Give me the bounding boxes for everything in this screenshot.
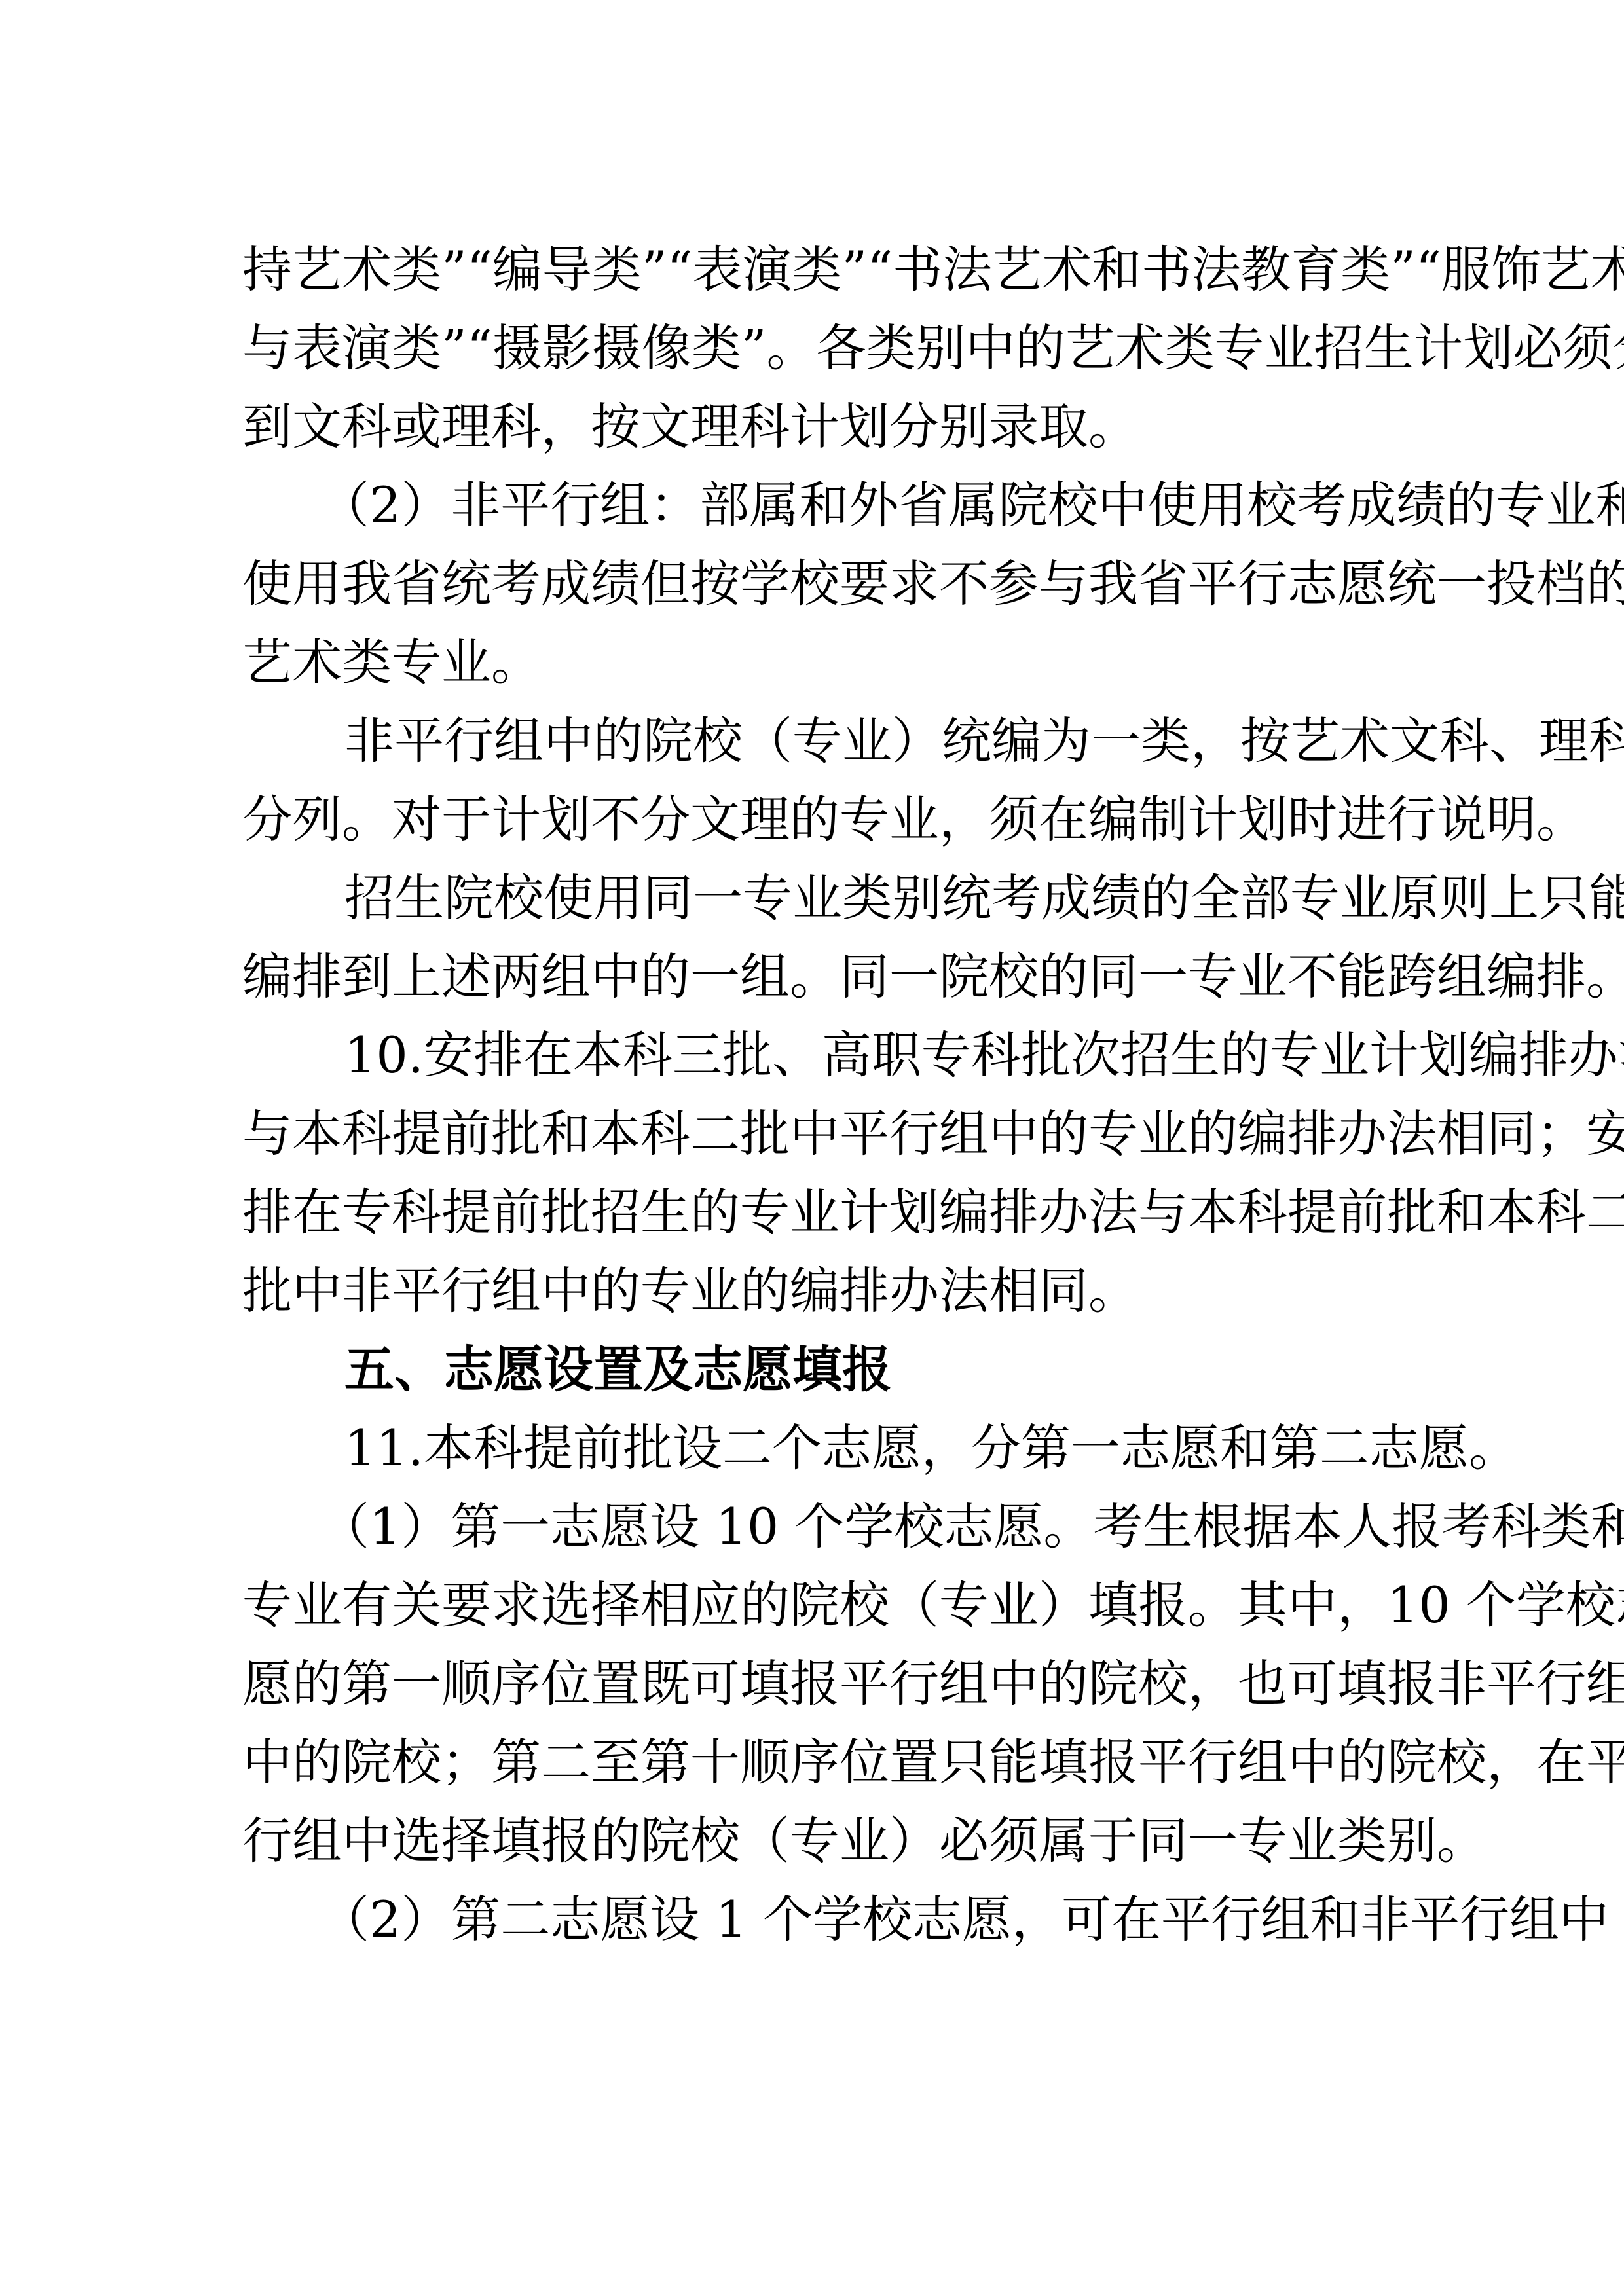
text-line: 分列。对于计划不分文理的专业，须在编制计划时进行说明。 (242, 780, 1385, 859)
text-line: 持艺术类”“编导类”“表演类”“书法艺术和书法教育类”“服饰艺术 (242, 230, 1385, 309)
section-heading-text: 五、志愿设置及志愿填报 (242, 1330, 1385, 1409)
text-line: 到文科或理科，按文理科计划分别录取。 (242, 388, 1385, 466)
text-line: 中的院校；第二至第十顺序位置只能填报平行组中的院校，在平 (242, 1723, 1385, 1802)
text-line: 艺术类专业。 (242, 623, 1385, 702)
text-line: 愿的第一顺序位置既可填报平行组中的院校，也可填报非平行组 (242, 1645, 1385, 1723)
text-line: 排在专科提前批招生的专业计划编排办法与本科提前批和本科二 (242, 1173, 1385, 1252)
text-line: 非平行组中的院校（专业）统编为一类，按艺术文科、理科 (242, 702, 1385, 780)
text-line: （1）第一志愿设 10 个学校志愿。考生根据本人报考科类和 (242, 1487, 1385, 1566)
paragraph-first-choice: （1）第一志愿设 10 个学校志愿。考生根据本人报考科类和 专业有关要求选择相应… (242, 1487, 1385, 1880)
text-line: 编排到上述两组中的一组。同一院校的同一专业不能跨组编排。 (242, 938, 1385, 1016)
paragraph-second-choice: （2）第二志愿设 1 个学校志愿，可在平行组和非平行组中 (242, 1880, 1385, 1959)
paragraph-item-10: 10.安排在本科三批、高职专科批次招生的专业计划编排办法 与本科提前批和本科二批… (242, 1016, 1385, 1330)
text-line: 10.安排在本科三批、高职专科批次招生的专业计划编排办法 (242, 1016, 1385, 1095)
paragraph-non-parallel-group: （2）非平行组：部属和外省属院校中使用校考成绩的专业和 使用我省统考成绩但按学校… (242, 466, 1385, 702)
document-page: 持艺术类”“编导类”“表演类”“书法艺术和书法教育类”“服饰艺术 与表演类”“摄… (242, 230, 1385, 1959)
text-line: 与本科提前批和本科二批中平行组中的专业的编排办法相同；安 (242, 1095, 1385, 1173)
text-line: （2）第二志愿设 1 个学校志愿，可在平行组和非平行组中 (242, 1880, 1385, 1959)
paragraph-non-parallel-classification: 非平行组中的院校（专业）统编为一类，按艺术文科、理科 分列。对于计划不分文理的专… (242, 702, 1385, 859)
text-line: 行组中选择填报的院校（专业）必须属于同一专业类别。 (242, 1802, 1385, 1880)
paragraph-continuation: 持艺术类”“编导类”“表演类”“书法艺术和书法教育类”“服饰艺术 与表演类”“摄… (242, 230, 1385, 466)
text-line: 批中非平行组中的专业的编排办法相同。 (242, 1252, 1385, 1330)
text-line: 使用我省统考成绩但按学校要求不参与我省平行志愿统一投档的 (242, 545, 1385, 623)
text-line: （2）非平行组：部属和外省属院校中使用校考成绩的专业和 (242, 466, 1385, 545)
paragraph-item-11: 11.本科提前批设二个志愿，分第一志愿和第二志愿。 (242, 1409, 1385, 1487)
text-line: 11.本科提前批设二个志愿，分第一志愿和第二志愿。 (242, 1409, 1385, 1487)
paragraph-group-assignment-rule: 招生院校使用同一专业类别统考成绩的全部专业原则上只能 编排到上述两组中的一组。同… (242, 859, 1385, 1016)
text-line: 招生院校使用同一专业类别统考成绩的全部专业原则上只能 (242, 859, 1385, 938)
section-heading: 五、志愿设置及志愿填报 (242, 1330, 1385, 1409)
text-line: 专业有关要求选择相应的院校（专业）填报。其中，10 个学校志 (242, 1566, 1385, 1645)
text-line: 与表演类”“摄影摄像类”。各类别中的艺术类专业招生计划必须分 (242, 309, 1385, 388)
